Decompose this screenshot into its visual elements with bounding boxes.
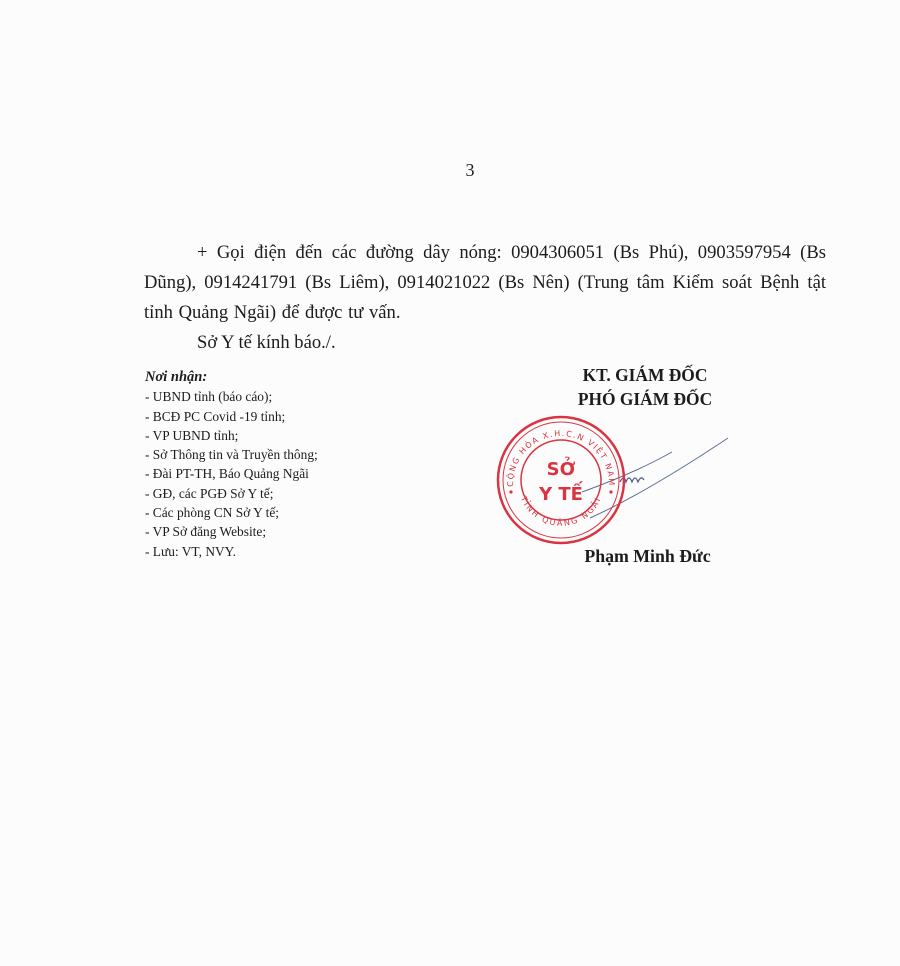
recipient-item: - BCĐ PC Covid -19 tỉnh; — [145, 407, 318, 426]
svg-text:Y TẾ: Y TẾ — [538, 481, 584, 505]
recipient-item: - Lưu: VT, NVY. — [145, 542, 318, 561]
recipients-block: Nơi nhận: - UBND tỉnh (báo cáo); - BCĐ P… — [145, 368, 318, 561]
recipients-heading: Nơi nhận: — [145, 368, 318, 387]
signature-title-block: KT. GIÁM ĐỐC PHÓ GIÁM ĐỐC — [540, 363, 750, 411]
signer-name: Phạm Minh Đức — [560, 546, 735, 567]
closing-line: Sở Y tế kính báo./. — [197, 328, 336, 358]
signature-title-line1: KT. GIÁM ĐỐC — [540, 363, 750, 387]
recipient-item: - Các phòng CN Sở Y tế; — [145, 503, 318, 522]
official-stamp-icon: CỘNG HÒA X.H.C.N VIỆT NAM TỈNH QUẢNG NGÃ… — [495, 414, 627, 546]
recipient-item: - GĐ, các PGĐ Sở Y tế; — [145, 484, 318, 503]
hotline-paragraph: + Gọi điện đến các đường dây nóng: 09043… — [144, 238, 826, 328]
recipient-item: - Đài PT-TH, Báo Quảng Ngãi — [145, 464, 318, 483]
page-number: 3 — [0, 160, 900, 181]
svg-text:SỞ: SỞ — [547, 456, 576, 480]
signature-title-line2: PHÓ GIÁM ĐỐC — [540, 387, 750, 411]
recipients-list: - UBND tỉnh (báo cáo); - BCĐ PC Covid -1… — [145, 387, 318, 561]
recipient-item: - UBND tỉnh (báo cáo); — [145, 387, 318, 406]
recipient-item: - VP UBND tỉnh; — [145, 426, 318, 445]
recipient-item: - VP Sở đăng Website; — [145, 522, 318, 541]
recipient-item: - Sở Thông tin và Truyền thông; — [145, 445, 318, 464]
